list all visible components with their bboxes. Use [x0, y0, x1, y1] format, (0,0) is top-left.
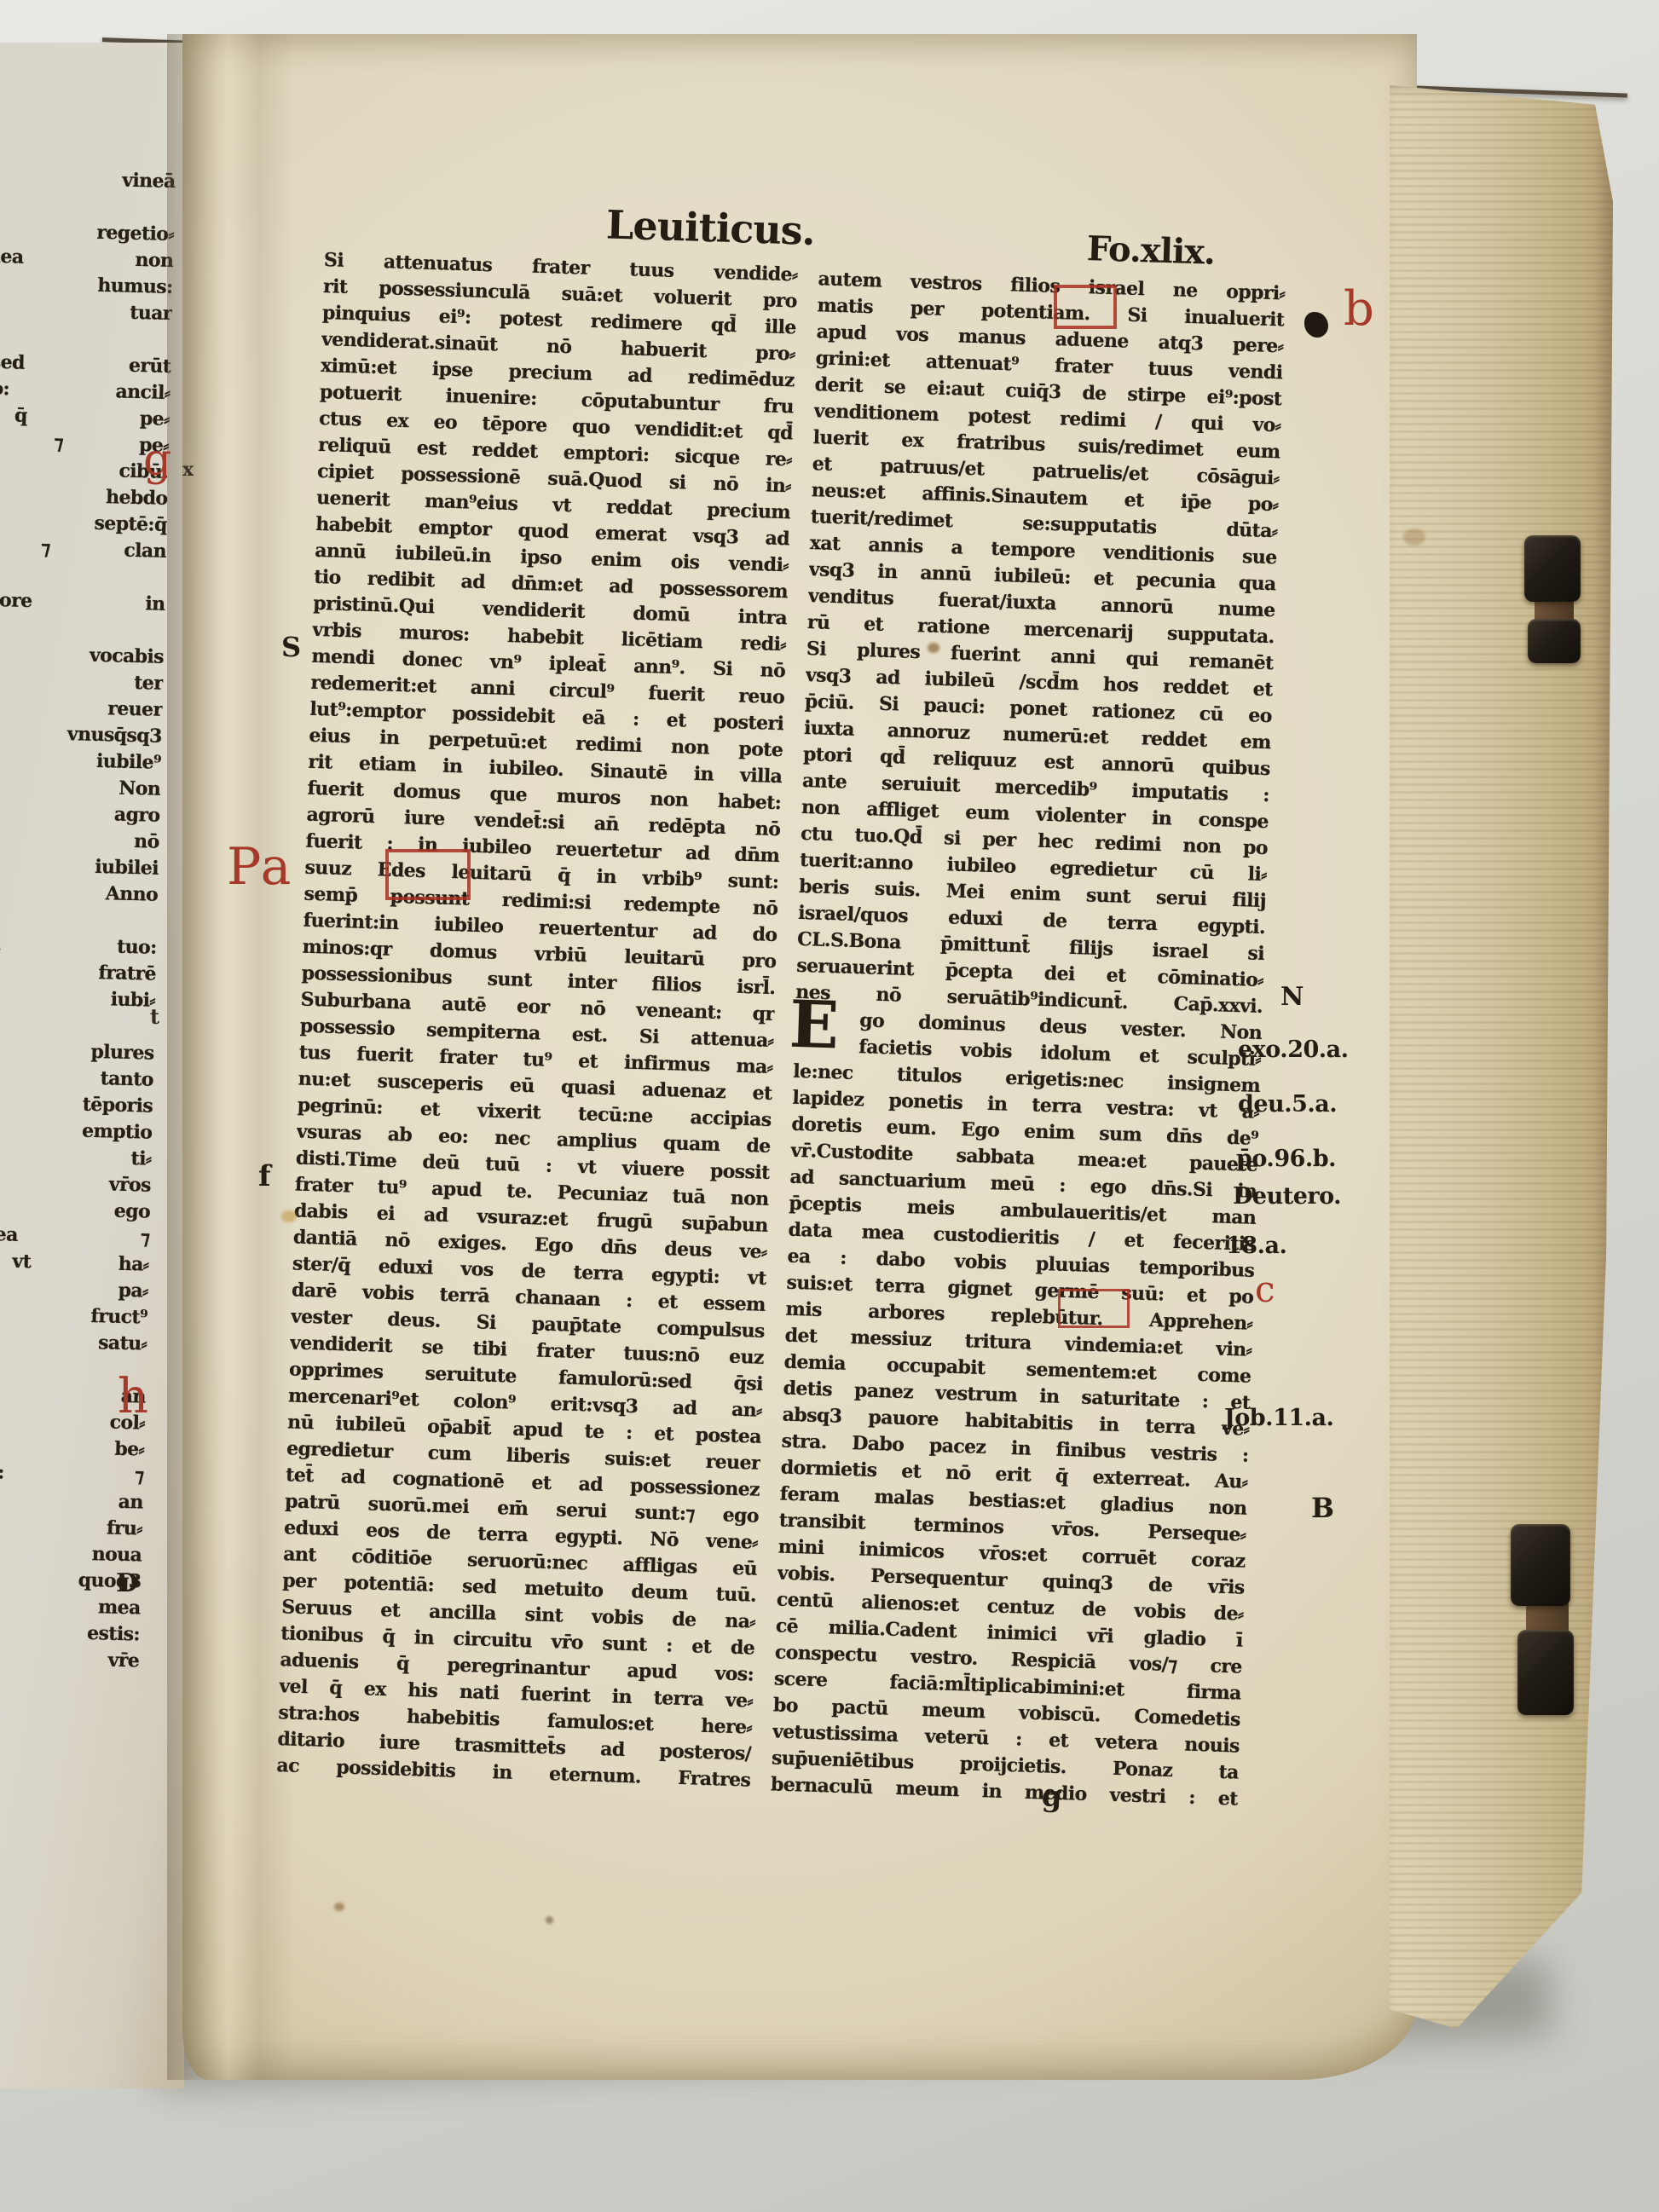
gutter-fold-shadow	[167, 34, 295, 2080]
margin-letter-t: t	[150, 1004, 159, 1029]
margin-ref-deuteronomy: deu.5.a.	[1238, 1091, 1337, 1118]
foxing-spot	[928, 643, 939, 653]
rubric-box-edes	[385, 849, 471, 900]
margin-red-letter-h: h	[118, 1369, 148, 1424]
clasp-bottom-lower	[1517, 1630, 1574, 1715]
foxing-spot	[1403, 528, 1425, 546]
margin-ref-exodus: exo.20.a.	[1238, 1037, 1349, 1063]
margin-ref-job: Job.11.a.	[1224, 1405, 1333, 1431]
margin-ink-blot	[1304, 312, 1328, 338]
text-column-1: Si attenuatus frater tuus vendide⸗rit po…	[276, 247, 798, 1794]
quire-signature: g	[1041, 1779, 1062, 1814]
foxing-spot	[334, 1903, 344, 1911]
margin-ref-deutero-18a: 18.a.	[1226, 1233, 1286, 1259]
margin-letter-d: D	[116, 1568, 138, 1598]
margin-red-letter-c: c	[1255, 1268, 1275, 1310]
text-line: putabis vineā	[0, 160, 176, 195]
right-page: Leuiticus. Fo.xlix. Si attenuatus frater…	[182, 34, 1417, 2080]
rubric-box-si	[1054, 285, 1117, 329]
foxing-spot	[546, 1916, 553, 1924]
margin-red-letter-g: g	[143, 435, 171, 486]
page-content: Leuiticus. Fo.xlix. Si attenuatus frater…	[124, 33, 1422, 2117]
margin-ref-psalm: p̄o.96.b.	[1236, 1146, 1336, 1172]
drop-cap-initial: E	[789, 997, 840, 1054]
margin-letter-n: N	[1280, 982, 1303, 1012]
clasp-bottom-upper	[1511, 1524, 1570, 1606]
rubric-box-apprehendet	[1058, 1289, 1130, 1328]
margin-paragraph-mark: S	[281, 631, 301, 663]
folio-number: Fo.xlix.	[1086, 228, 1275, 274]
text-column-2: E autem vestros filios israel ne oppri⸗m…	[771, 266, 1286, 1812]
margin-red-note-pa: Pa	[227, 837, 292, 897]
margin-mark-x: x	[182, 459, 194, 481]
clasp-top-upper	[1524, 535, 1581, 602]
margin-ref-deutero: Deutero.	[1233, 1183, 1341, 1210]
margin-letter-f: f	[258, 1159, 271, 1193]
margin-red-letter-b: b	[1344, 281, 1374, 337]
clasp-top-lower	[1528, 619, 1581, 663]
margin-letter-b2: B	[1311, 1492, 1334, 1524]
book-photograph: putabis vineāeius.septimoterre regetio⸗:…	[0, 0, 1659, 2212]
fore-edge-page-stack	[1390, 85, 1613, 2029]
foxing-spot	[281, 1210, 297, 1222]
running-title: Leuiticus.	[582, 201, 840, 255]
